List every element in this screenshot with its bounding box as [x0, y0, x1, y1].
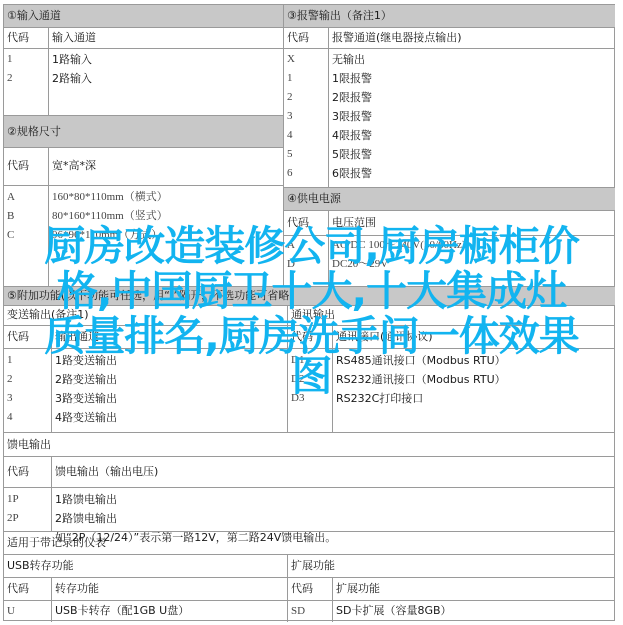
usb-row-code: U [4, 601, 51, 621]
table-cell: 2限报警 [332, 88, 615, 107]
table-cell: 1P [7, 490, 51, 509]
table-cell: 5 [287, 145, 328, 164]
overlay-title: 厨房改造装修公司,厨房橱柜价 格,中国厨卫十大,十大集成灶 质量排名,厨房洗手间… [0, 224, 623, 393]
expand-row-desc: SD卡扩展（容量8GB） [333, 601, 615, 621]
table-cell: A [7, 188, 48, 207]
input-desc-list: 1路输入 2路输入 [49, 50, 283, 88]
section-alarm-title: ③报警输出（备注1） [284, 5, 615, 27]
section-feed-title: 馈电输出 [4, 433, 615, 456]
usb-row-desc: USB卡转存（配1GB U盘） [52, 601, 287, 621]
size-col-code: 代码 [4, 148, 48, 184]
usb-col-desc: 转存功能 [52, 578, 287, 600]
table-cell: 3限报警 [332, 107, 615, 126]
alarm-code-list: X 1 2 3 4 5 6 [284, 50, 328, 183]
table-cell: 6 [287, 164, 328, 183]
section-size-title: ②规格尺寸 [4, 116, 283, 147]
table-cell: 4限报警 [332, 126, 615, 145]
table-cell: 1路输入 [52, 50, 283, 69]
table-cell: 2 [7, 69, 48, 88]
expand-col-desc: 扩展功能 [333, 578, 615, 600]
table-cell: 2路馈电输出 [55, 509, 615, 528]
size-col-desc: 宽*高*深 [49, 148, 283, 184]
table-cell: 2 [287, 88, 328, 107]
feed-col-desc: 馈电输出（输出电压) [52, 457, 615, 487]
overlay-line: 厨房改造装修公司,厨房橱柜价 [0, 224, 623, 269]
section-expand-title: 扩展功能 [288, 555, 615, 577]
section-power-title: ④供电电源 [284, 188, 615, 210]
table-cell: 4 [7, 408, 51, 427]
feed-code-list: 1P 2P [4, 490, 51, 528]
expand-row-code: SD [288, 601, 332, 621]
table-cell: 1 [7, 50, 48, 69]
table-cell: 1 [287, 69, 328, 88]
alarm-col-desc: 报警通道(继电器接点输出) [329, 28, 615, 48]
table-cell: 1路馈电输出 [55, 490, 615, 509]
overlay-line: 图 [0, 359, 623, 393]
table-cell: 无输出 [332, 50, 615, 69]
table-cell: 3 [287, 107, 328, 126]
table-cell: 6限报警 [332, 164, 615, 183]
input-col-desc: 输入通道 [49, 28, 283, 48]
input-col-code: 代码 [4, 28, 48, 48]
table-cell: 160*80*110mm（横式） [52, 188, 283, 207]
table-cell: 4 [287, 126, 328, 145]
section-recorder-title: 适用于带记录的仪表 [4, 532, 615, 554]
section-input-title: ①输入通道 [4, 5, 283, 27]
alarm-desc-list: 无输出 1限报警 2限报警 3限报警 4限报警 5限报警 6限报警 [329, 50, 615, 183]
alarm-col-code: 代码 [284, 28, 328, 48]
table-cell: 4路变送输出 [55, 408, 287, 427]
input-code-list: 1 2 [4, 50, 48, 88]
overlay-line: 格,中国厨卫十大,十大集成灶 [0, 269, 623, 314]
table-cell: 1限报警 [332, 69, 615, 88]
table-cell: X [287, 50, 328, 69]
expand-col-code: 代码 [288, 578, 332, 600]
table-cell: 5限报警 [332, 145, 615, 164]
usb-col-code: 代码 [4, 578, 51, 600]
table-cell: 2P [7, 509, 51, 528]
table-cell: 2路输入 [52, 69, 283, 88]
feed-col-code: 代码 [4, 457, 51, 487]
section-usb-title: USB转存功能 [4, 555, 287, 577]
